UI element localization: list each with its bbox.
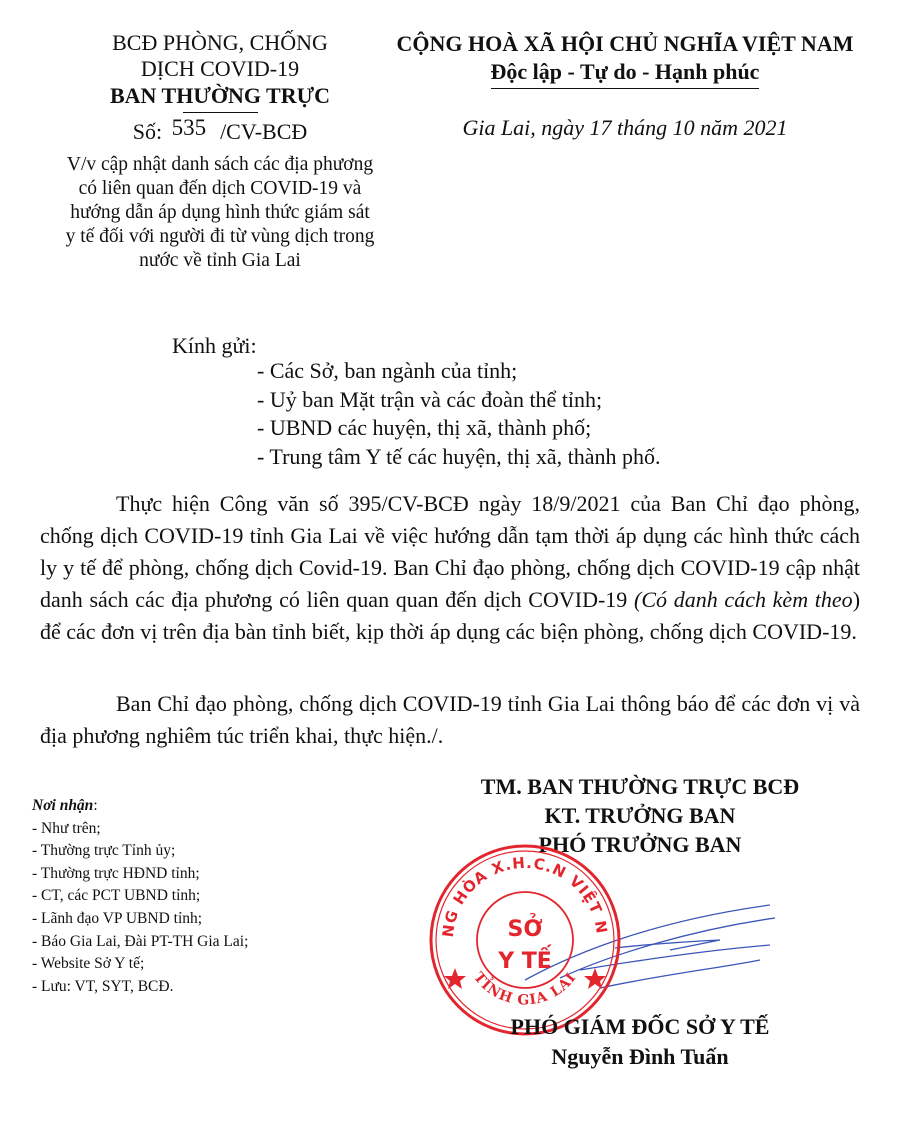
issuing-authority-block: BCĐ PHÒNG, CHỐNG DỊCH COVID-19 BAN THƯỜN… bbox=[40, 30, 400, 273]
recipients-label: Kính gửi: bbox=[172, 333, 257, 359]
org-name-line2: DỊCH COVID-19 bbox=[40, 56, 400, 82]
recipient-item: - UBND các huyện, thị xã, thành phố; bbox=[257, 414, 660, 443]
official-stamp-icon: CỘNG HÒA X.H.C.N VIỆT NAM TỈNH GIA LAI S… bbox=[425, 840, 625, 1040]
place-date: Gia Lai, ngày 17 tháng 10 năm 2021 bbox=[370, 115, 880, 141]
recipient-item: - Trung tâm Y tế các huyện, thị xã, thàn… bbox=[257, 443, 660, 472]
document-number-label: Số: bbox=[133, 119, 162, 144]
distribution-item: - Thường trực HĐND tỉnh; bbox=[32, 863, 248, 886]
subject-line: y tế đối với người đi từ vùng dịch trong bbox=[40, 225, 400, 249]
distribution-list: Nơi nhận: - Như trên; - Thường trực Tỉnh… bbox=[32, 795, 248, 998]
recipients-list: - Các Sở, ban ngành của tỉnh; - Uỷ ban M… bbox=[257, 357, 660, 471]
org-name-line3: BAN THƯỜNG TRỰC bbox=[40, 82, 400, 110]
distribution-item: - Thường trực Tỉnh ủy; bbox=[32, 840, 248, 863]
body-paragraph-2: Ban Chỉ đạo phòng, chống dịch COVID-19 t… bbox=[40, 688, 860, 752]
subject-line: có liên quan đến dịch COVID-19 và bbox=[40, 177, 400, 201]
distribution-item: - Website Sở Y tế; bbox=[32, 953, 248, 976]
national-title: CỘNG HOÀ XÃ HỘI CHỦ NGHĨA VIỆT NAM bbox=[370, 30, 880, 58]
stamp-bottom-text: TỈNH GIA LAI bbox=[470, 969, 580, 1008]
subject-line: nước về tỉnh Gia Lai bbox=[40, 249, 400, 273]
stamp-star-left bbox=[444, 968, 466, 989]
subject-line: hướng dẫn áp dụng hình thức giám sát bbox=[40, 201, 400, 225]
distribution-item: - Lưu: VT, SYT, BCĐ. bbox=[32, 976, 248, 999]
signature-line2: KT. TRƯỞNG BAN bbox=[430, 801, 850, 830]
distribution-item: - CT, các PCT UBND tỉnh; bbox=[32, 885, 248, 908]
stamp-center-line1: SỞ bbox=[507, 914, 542, 942]
org-name-line1: BCĐ PHÒNG, CHỐNG bbox=[40, 30, 400, 56]
signer-position: PHÓ GIÁM ĐỐC SỞ Y TẾ bbox=[440, 1012, 840, 1042]
distribution-colon: : bbox=[93, 797, 97, 814]
national-header-block: CỘNG HOÀ XÃ HỘI CHỦ NGHĨA VIỆT NAM Độc l… bbox=[370, 30, 880, 141]
distribution-title: Nơi nhận bbox=[32, 797, 93, 814]
distribution-item: - Lãnh đạo VP UBND tỉnh; bbox=[32, 908, 248, 931]
distribution-item: - Báo Gia Lai, Đài PT-TH Gia Lai; bbox=[32, 931, 248, 954]
stamp-center-line2: Y TẾ bbox=[497, 945, 553, 974]
distribution-item: - Như trên; bbox=[32, 818, 248, 841]
body-paragraph-1: Thực hiện Công văn số 395/CV-BCĐ ngày 18… bbox=[40, 488, 860, 648]
subject-line: V/v cập nhật danh sách các địa phương bbox=[40, 153, 400, 177]
signer-block: PHÓ GIÁM ĐỐC SỞ Y TẾ Nguyễn Đình Tuấn bbox=[440, 1012, 840, 1072]
subject-summary: V/v cập nhật danh sách các địa phương có… bbox=[40, 153, 400, 273]
recipient-item: - Uỷ ban Mặt trận và các đoàn thể tỉnh; bbox=[257, 386, 660, 415]
recipient-item: - Các Sở, ban ngành của tỉnh; bbox=[257, 357, 660, 386]
document-number-suffix: /CV-BCĐ bbox=[220, 119, 307, 144]
signer-name: Nguyễn Đình Tuấn bbox=[440, 1042, 840, 1072]
national-motto: Độc lập - Tự do - Hạnh phúc bbox=[491, 58, 760, 89]
stamp-star-right bbox=[584, 968, 606, 989]
document-number: Số: 535/CV-BCĐ bbox=[40, 117, 400, 147]
document-number-value: 535 bbox=[172, 113, 207, 143]
signature-line1: TM. BAN THƯỜNG TRỰC BCĐ bbox=[430, 772, 850, 801]
para1-italic-note: (Có danh cách kèm theo bbox=[634, 587, 853, 612]
svg-text:TỈNH GIA LAI: TỈNH GIA LAI bbox=[470, 969, 580, 1008]
